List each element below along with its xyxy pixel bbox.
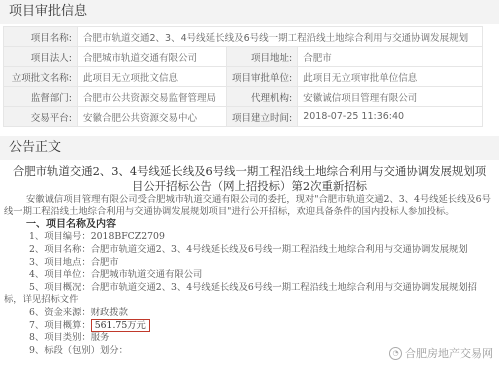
notice-section: 公告正文 合肥市轨道交通2、3、4号线延长线及6号线一期工程沿线土地综合利用与交… <box>0 136 499 357</box>
table-row: 交易平台: 安徽合肥公共资源交易中心 项目建立时间: 2018-07-25 11… <box>4 107 483 127</box>
field-label: 项目建立时间: <box>227 107 298 127</box>
approval-doc-value: 此项目无立项批文信息 <box>78 67 227 87</box>
list-item: 1、项目编号：2018BFCZ2709 <box>4 231 495 244</box>
approval-info-table: 项目名称: 合肥市轨道交通2、3、4号线延长线及6号线一期工程沿线土地综合利用与… <box>3 26 483 127</box>
field-label: 项目地址: <box>227 47 298 67</box>
project-address-value: 合肥市 <box>298 47 483 67</box>
field-label: 交易平台: <box>4 107 78 127</box>
budget-highlight: 561.75万元 <box>91 319 150 332</box>
field-label: 项目审批单位: <box>227 67 298 87</box>
watermark: ◔ 合肥房地产交易网 <box>389 345 493 361</box>
list-item: 3、项目地点：合肥市 <box>4 257 495 270</box>
table-row: 项目法人: 合肥城市轨道交通有限公司 项目地址: 合肥市 <box>4 47 483 67</box>
list-item: 8、项目类别：服务 <box>4 332 495 345</box>
platform-value: 安徽合肥公共资源交易中心 <box>78 107 227 127</box>
field-label: 项目法人: <box>4 47 78 67</box>
list-item: 5、项目概况：合肥市轨道交通2、3、4号线延长线及6号线一期工程沿线土地综合利用… <box>4 282 495 307</box>
watermark-text: 合肥房地产交易网 <box>405 345 493 361</box>
project-legal-value: 合肥城市轨道交通有限公司 <box>78 47 227 67</box>
table-row: 项目名称: 合肥市轨道交通2、3、4号线延长线及6号线一期工程沿线土地综合利用与… <box>4 27 483 47</box>
budget-label: 7、项目概算： <box>29 320 91 331</box>
table-row: 监督部门: 合肥市公共资源交易监督管理局 代理机构: 安徽诚信项目管理有限公司 <box>4 87 483 107</box>
field-label: 项目名称: <box>4 27 78 47</box>
table-row: 立项批文名称: 此项目无立项批文信息 项目审批单位: 此项目无立项审批单位信息 <box>4 67 483 87</box>
list-item: 7、项目概算：561.75万元 <box>4 320 495 333</box>
supervisor-value: 合肥市公共资源交易监督管理局 <box>78 87 227 107</box>
approval-heading: 项目审批信息 <box>0 0 499 24</box>
list-item-text: 9、标段（包别）划分： <box>29 345 128 356</box>
notice-heading: 公告正文 <box>0 136 499 160</box>
field-label: 立项批文名称: <box>4 67 78 87</box>
list-item: 2、项目名称：合肥市轨道交通2、3、4号线延长线及6号线一期工程沿线土地综合利用… <box>4 244 495 257</box>
project-name-value: 合肥市轨道交通2、3、4号线延长线及6号线一期工程沿线土地综合利用与交通协调发展… <box>78 27 483 47</box>
list-item: 4、项目单位：合肥城市轨道交通有限公司 <box>4 269 495 282</box>
field-label: 代理机构: <box>227 87 298 107</box>
notice-title-line1: 合肥市轨道交通2、3、4号线延长线及6号线一期工程沿线土地综合利用与交通协调发展… <box>4 164 495 179</box>
notice-title-line2: 目公开招标公告（网上招投标）第2次重新招标 <box>4 179 495 194</box>
approval-unit-value: 此项目无立项审批单位信息 <box>298 67 483 87</box>
notice-intro: 安徽诚信项目管理有限公司受合肥城市轨道交通有限公司的委托，现对"合肥市轨道交通2… <box>4 194 495 218</box>
field-label: 监督部门: <box>4 87 78 107</box>
approval-section: 项目审批信息 项目名称: 合肥市轨道交通2、3、4号线延长线及6号线一期工程沿线… <box>0 0 499 127</box>
agency-value: 安徽诚信项目管理有限公司 <box>298 87 483 107</box>
section-heading: 一、项目名称及内容 <box>4 218 495 231</box>
wechat-icon: ◔ <box>389 347 402 360</box>
list-item: 6、资金来源：财政拨款 <box>4 307 495 320</box>
created-time-value: 2018-07-25 11:36:40 <box>298 107 483 127</box>
